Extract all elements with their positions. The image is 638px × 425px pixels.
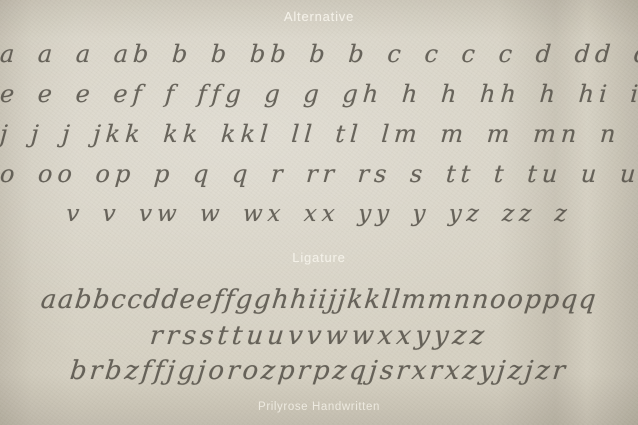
alternative-glyph-row: e e e ef f ffg g g gh h h hh h hi i i i … xyxy=(0,74,638,114)
font-specimen-poster: Alternative a a a ab b b bb b b c c c c … xyxy=(0,0,638,425)
ligature-section-title: Ligature xyxy=(0,250,638,265)
ligature-glyph-row: rrssttuuvvwwxxyyzz xyxy=(0,317,638,355)
alternative-section-title: Alternative xyxy=(0,9,638,24)
ligature-glyph-row: aabbccddeeffgghhiijjkkllmmnnooppqq xyxy=(0,281,638,319)
alternative-glyph-row: a a a ab b b bb b b c c c c d dd dad xyxy=(0,34,638,74)
alternative-glyph-row: j j j jkk kk kkl ll tl lm m m mn n n n xyxy=(0,114,638,154)
alternative-glyph-row: v v vw w wx xx yy y yz zz z xyxy=(0,194,638,234)
font-name-label: Prilyrose Handwritten xyxy=(0,401,638,413)
ligature-glyph-row: brbzffjgjorozprpzqjsrxrxzyjzjzr xyxy=(0,352,638,390)
alternative-glyph-row: o oo op p q q r rr rs s tt t tu u uu xyxy=(0,154,638,194)
